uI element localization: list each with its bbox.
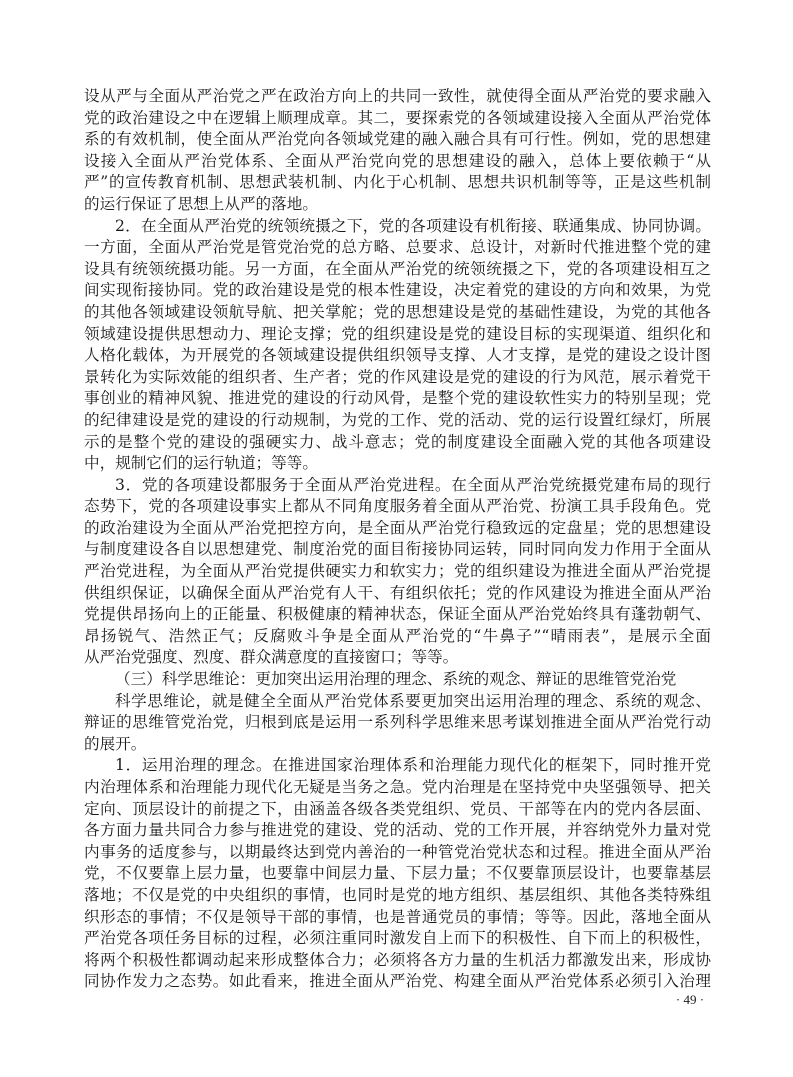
- text-line: 1．运用治理的理念。在推进国家治理体系和治理能力现代化的框架下，同时推开党: [84, 755, 711, 777]
- text-line: 的展开。: [84, 734, 711, 756]
- paragraph: 3．党的各项建设都服务于全面从严治党进程。在全面从严治党统摄党建布局的现行态势下…: [84, 475, 711, 669]
- text-line: 的纪律建设是党的建设的行动规制，为党的工作、党的活动、党的运行设置红绿灯，所展: [84, 410, 711, 432]
- text-line: 态势下，党的各项建设事实上都从不同角度服务着全面从严治党、扮演工具手段角色。党: [84, 496, 711, 518]
- text-line: 昂扬锐气、浩然正气；反腐败斗争是全面从严治党的“牛鼻子”“晴雨表”，是展示全面: [84, 626, 711, 648]
- text-line: 织形态的事情；不仅是领导干部的事情，也是普通党员的事情；等等。因此，落地全面从: [84, 907, 711, 929]
- text-line: 供组织保证，以确保全面从严治党有人干、有组织依托；党的作风建设为推进全面从严治: [84, 583, 711, 605]
- text-line: 系的有效机制，使全面从严治党向各领域党建的融入融合具有可行性。例如，党的思想建: [84, 129, 711, 151]
- section-heading: （三）科学思维论：更加突出运用治理的理念、系统的观念、辩证的思维管党治党: [84, 669, 711, 691]
- text-line: 将两个积极性都调动起来形成整体合力；必须将各方力量的生机活力都激发出来，形成协: [84, 950, 711, 972]
- text-line: 设从严与全面从严治党之严在政治方向上的共同一致性，就使得全面从严治党的要求融入: [84, 86, 711, 108]
- paragraph: 2．在全面从严治党的统领统摄之下，党的各项建设有机衔接、联通集成、协同协调。一方…: [84, 216, 711, 475]
- text-line: 人格化载体，为开展党的各领域建设提供组织领导支撑、人才支撑，是党的建设之设计图: [84, 345, 711, 367]
- text-line: 党提供昂扬向上的正能量、积极健康的精神状态，保证全面从严治党始终具有蓬勃朝气、: [84, 604, 711, 626]
- text-line: 从严治党强度、烈度、群众满意度的直接窗口；等等。: [84, 647, 711, 669]
- text-line: 设具有统领统摄功能。另一方面，在全面从严治党的统领统摄之下，党的各项建设相互之: [84, 259, 711, 281]
- text-line: 党，不仅要靠上层力量，也要靠中间层力量、下层力量；不仅要靠顶层设计，也要靠基层: [84, 863, 711, 885]
- text-line: 一方面，全面从严治党是管党治党的总方略、总要求、总设计，对新时代推进整个党的建: [84, 237, 711, 259]
- text-line: 3．党的各项建设都服务于全面从严治党进程。在全面从严治党统摄党建布局的现行: [84, 475, 711, 497]
- paragraph: 科学思维论，就是健全全面从严治党体系要更加突出运用治理的理念、系统的观念、辩证的…: [84, 691, 711, 756]
- text-line: 定向、顶层设计的前提之下，由涵盖各级各类党组织、党员、干部等在内的党内各层面、: [84, 799, 711, 821]
- text-line: 严治党各项任务目标的过程，必须注重同时激发自上而下的积极性、自下而上的积极性，: [84, 928, 711, 950]
- text-line: 内治理体系和治理能力现代化无疑是当务之急。党内治理是在坚持党中央坚强领导、把关: [84, 777, 711, 799]
- paragraph: 设从严与全面从严治党之严在政治方向上的共同一致性，就使得全面从严治党的要求融入党…: [84, 86, 711, 216]
- text-line: 2．在全面从严治党的统领统摄之下，党的各项建设有机衔接、联通集成、协同协调。: [84, 216, 711, 238]
- text-line: 的政治建设为全面从严治党把控方向，是全面从严治党行稳致远的定盘星；党的思想建设: [84, 518, 711, 540]
- text-line: 间实现衔接协同。党的政治建设是党的根本性建设，决定着党的建设的方向和效果，为党: [84, 280, 711, 302]
- text-line: 党的政治建设之中在逻辑上顺理成章。其二，要探索党的各领域建设接入全面从严治党体: [84, 108, 711, 130]
- text-line: 设接入全面从严治党体系、全面从严治党向党的思想建设的融入，总体上要依赖于“从: [84, 151, 711, 173]
- text-line: 景转化为实际效能的组织者、生产者；党的作风建设是党的建设的行为风范，展示着党干: [84, 367, 711, 389]
- text-line: （三）科学思维论：更加突出运用治理的理念、系统的观念、辩证的思维管党治党: [84, 669, 711, 691]
- text-line: 示的是整个党的建设的强硬实力、战斗意志；党的制度建设全面融入党的其他各项建设: [84, 432, 711, 454]
- text-line: 辩证的思维管党治党，归根到底是运用一系列科学思维来思考谋划推进全面从严治党行动: [84, 712, 711, 734]
- text-line: 事创业的精神风貌、推进党的建设的行动风骨，是整个党的建设软性实力的特别呈现；党: [84, 388, 711, 410]
- paragraph: 1．运用治理的理念。在推进国家治理体系和治理能力现代化的框架下，同时推开党内治理…: [84, 755, 711, 993]
- text-line: 的其他各领域建设领航导航、把关掌舵；党的思想建设是党的基础性建设，为党的其他各: [84, 302, 711, 324]
- text-line: 严治党进程，为全面从严治党提供硬实力和软实力；党的组织建设为推进全面从严治党提: [84, 561, 711, 583]
- page-number: · 49 ·: [660, 992, 720, 1008]
- text-line: 科学思维论，就是健全全面从严治党体系要更加突出运用治理的理念、系统的观念、: [84, 691, 711, 713]
- text-line: 各方面力量共同合力参与推进党的建设、党的活动、党的工作开展，并容纳党外力量对党: [84, 820, 711, 842]
- text-line: 同协作发力之态势。如此看来，推进全面从严治党、构建全面从严治党体系必须引入治理: [84, 971, 711, 993]
- text-line: 内事务的适度参与，以期最终达到党内善治的一种管党治党状态和过程。推进全面从严治: [84, 842, 711, 864]
- text-line: 与制度建设各自以思想建党、制度治党的面目衔接协同运转，同时同向发力作用于全面从: [84, 539, 711, 561]
- body-text: 设从严与全面从严治党之严在政治方向上的共同一致性，就使得全面从严治党的要求融入党…: [84, 86, 711, 993]
- text-line: 的运行保证了思想上从严的落地。: [84, 194, 711, 216]
- text-line: 中，规制它们的运行轨道；等等。: [84, 453, 711, 475]
- text-line: 严”的宣传教育机制、思想武装机制、内化于心机制、思想共识机制等等，正是这些机制: [84, 172, 711, 194]
- document-page: 设从严与全面从严治党之严在政治方向上的共同一致性，就使得全面从严治党的要求融入党…: [0, 0, 793, 1077]
- text-line: 领域建设提供思想动力、理论支撑；党的组织建设是党的建设目标的实现渠道、组织化和: [84, 324, 711, 346]
- text-line: 落地；不仅是党的中央组织的事情，也同时是党的地方组织、基层组织、其他各类特殊组: [84, 885, 711, 907]
